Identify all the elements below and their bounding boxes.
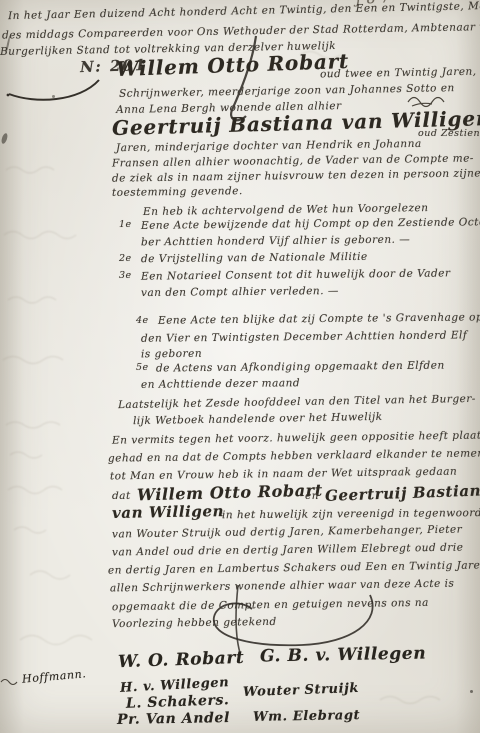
- exhibit-line: de Vrijstelling van de Nationale Militie: [141, 251, 368, 265]
- margin-note-mark: [0, 676, 20, 686]
- exhibit-number: 3e: [119, 270, 132, 281]
- ink-dot: [470, 690, 473, 693]
- exhibit-number: 4e: [136, 315, 149, 326]
- pronouncement-bride-name: van Willigen: [112, 502, 224, 522]
- ink-dot: [52, 95, 55, 98]
- signature: Wm. Elebragt: [253, 708, 360, 725]
- exhibit-number: 1e: [119, 219, 132, 230]
- exhibit-number: 5e: [136, 362, 149, 373]
- exhibit-line: van den Compt alhier verleden. —: [141, 285, 339, 299]
- signature: Pr. Van Andel: [117, 710, 230, 728]
- bride-detail-line: toestemming gevende.: [112, 185, 243, 199]
- exhibit-line: en Achttiende dezer maand: [141, 377, 300, 391]
- ink-dot: [298, 11, 300, 13]
- margin-squiggle: [406, 92, 450, 108]
- registry-number-swash: [5, 74, 105, 104]
- bride-age-note: oud Zestien: [418, 128, 480, 139]
- scanned-document-page: ƒ 8 7 In het Jaar Een duizend Acht honde…: [0, 0, 480, 733]
- exhibit-line: is geboren: [141, 348, 202, 361]
- pronouncement-rest: in het huwelijk zijn vereenigd in tegenw…: [222, 507, 480, 522]
- signature: G. B. v. Willegen: [260, 644, 427, 667]
- exhibit-number: 2e: [119, 253, 132, 264]
- pronouncement-conjunction: en: [305, 490, 319, 502]
- pronouncement-lead: dat: [112, 490, 131, 502]
